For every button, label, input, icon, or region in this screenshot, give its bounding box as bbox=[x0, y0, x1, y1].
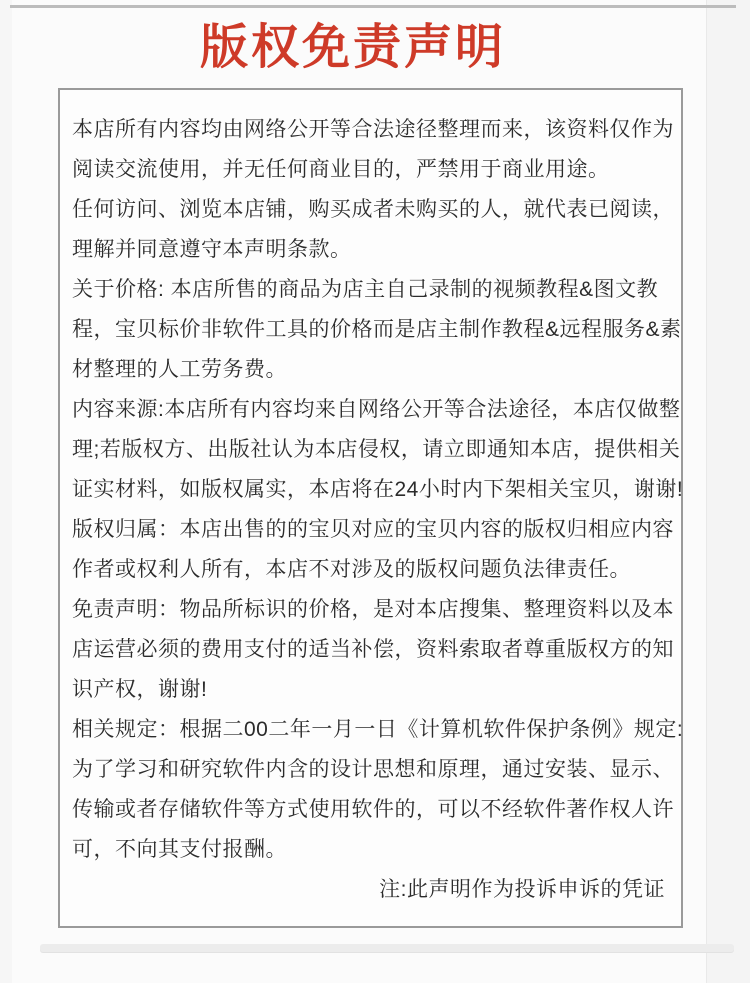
text-line: 可，不向其支付报酬。 bbox=[72, 830, 669, 870]
text-line: 传输或者存储软件等方式使用软件的，可以不经软件著作权人许 bbox=[72, 790, 669, 830]
text-line: 内容来源:本店所有内容均来自网络公开等合法途径，本店仅做整 bbox=[72, 390, 669, 430]
text-line: 店运营必须的费用支付的适当补偿，资料索取者尊重版权方的知 bbox=[72, 630, 669, 670]
text-line: 阅读交流使用，并无任何商业目的，严禁用于商业用途。 bbox=[72, 150, 669, 190]
text-line: 理解并同意遵守本声明条款。 bbox=[72, 230, 669, 270]
left-margin-strip bbox=[0, 0, 12, 983]
text-line: 关于价格: 本店所售的商品为店主自己录制的视频教程&图文教 bbox=[72, 270, 669, 310]
text-line: 证实材料，如版权属实，本店将在24小时内下架相关宝贝，谢谢! bbox=[72, 470, 669, 510]
note-line: 注:此声明作为投诉申诉的凭证 bbox=[72, 870, 669, 910]
text-line: 相关规定：根据二00二年一月一日《计算机软件保护条例》规定: bbox=[72, 710, 669, 750]
text-line: 本店所有内容均由网络公开等合法途径整理而来，该资料仅作为 bbox=[72, 110, 669, 150]
text-line: 作者或权利人所有，本店不对涉及的版权问题负法律责任。 bbox=[72, 550, 669, 590]
text-line: 材整理的人工劳务费。 bbox=[72, 350, 669, 390]
disclaimer-box: 本店所有内容均由网络公开等合法途径整理而来，该资料仅作为 阅读交流使用，并无任何… bbox=[58, 88, 683, 928]
text-line: 免责声明：物品所标识的价格，是对本店搜集、整理资料以及本 bbox=[72, 590, 669, 630]
text-line: 为了学习和研究软件内含的设计思想和原理，通过安装、显示、 bbox=[72, 750, 669, 790]
text-line: 版权归属：本店出售的的宝贝对应的宝贝内容的版权归相应内容 bbox=[72, 510, 669, 550]
text-line: 程，宝贝标价非软件工具的价格而是店主制作教程&远程服务&素 bbox=[72, 310, 669, 350]
bottom-divider bbox=[40, 944, 734, 952]
text-line: 任何访问、浏览本店铺，购买成者未购买的人，就代表已阅读， bbox=[72, 190, 669, 230]
disclaimer-page: 版权免责声明 本店所有内容均由网络公开等合法途径整理而来，该资料仅作为 阅读交流… bbox=[0, 0, 750, 983]
top-divider bbox=[10, 5, 736, 8]
text-line: 识产权，谢谢! bbox=[72, 670, 669, 710]
page-title: 版权免责声明 bbox=[0, 20, 706, 76]
text-line: 理;若版权方、出版社认为本店侵权，请立即通知本店，提供相关 bbox=[72, 430, 669, 470]
right-margin-strip bbox=[706, 0, 750, 983]
